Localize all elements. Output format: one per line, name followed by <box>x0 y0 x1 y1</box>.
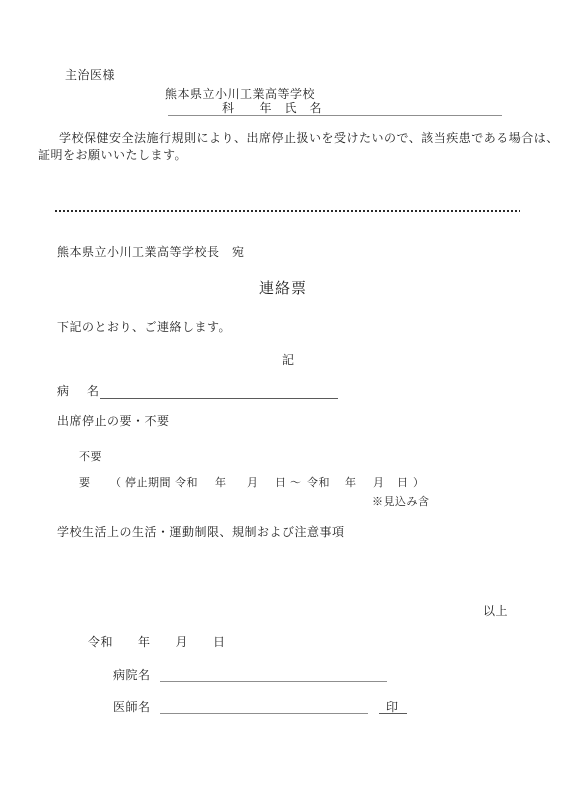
dashed-divider-line <box>55 210 520 212</box>
period-day-to: 日 <box>397 477 409 490</box>
period-year-from: 年 <box>215 477 227 490</box>
addressee: 熊本県立小川工業高等学校長 宛 <box>57 245 245 259</box>
period-month-from: 月 <box>247 477 259 490</box>
period-label: 停止期間 <box>125 477 171 490</box>
hospital-label: 病院名 <box>113 668 151 682</box>
hospital-name-underline <box>160 681 387 682</box>
option-not-required: 不要 <box>79 451 102 464</box>
disease-label-char2: 名 <box>87 384 100 398</box>
record-marker: 記 <box>282 353 295 367</box>
doctor-label: 医師名 <box>113 700 151 714</box>
period-year-to: 年 <box>345 477 357 490</box>
request-body-line1: 学校保健安全法施行規則により、出席停止扱いを受けたいので、該当疾患である場合は、 <box>59 131 559 145</box>
form-title: 連絡票 <box>0 277 566 298</box>
date-line: 令和 年 月 日 <box>88 635 226 649</box>
restrictions-heading: 学校生活上の生活・運動制限、規制および注意事項 <box>57 525 345 539</box>
request-body-line2: 証明をお願いいたします。 <box>38 148 187 162</box>
disease-name-underline <box>100 398 338 399</box>
closing-text: 以上 <box>483 604 508 618</box>
attendance-heading: 出席停止の要・不要 <box>57 414 170 428</box>
disease-label-char1: 病 <box>57 384 70 398</box>
doctor-name-underline <box>160 713 368 714</box>
school-name: 熊本県立小川工業高等学校 <box>165 87 315 101</box>
estimate-note: ※見込み含 <box>372 496 430 509</box>
seal-underline <box>379 713 407 714</box>
document-page: 主治医様 熊本県立小川工業高等学校 科 年 氏 名 学校保健安全法施行規則により… <box>0 0 566 800</box>
period-day-from: 日 <box>275 477 287 490</box>
signer-underline <box>168 115 502 116</box>
period-paren-open: （ <box>110 477 122 490</box>
intro-text: 下記のとおり、ご連絡します。 <box>57 320 231 334</box>
period-era-to: 令和 <box>307 477 330 490</box>
option-required: 要 <box>79 477 91 490</box>
salutation: 主治医様 <box>65 68 115 82</box>
period-paren-close: ） <box>413 477 425 490</box>
period-range-tilde: ～ <box>290 477 302 490</box>
signer-line: 科 年 氏 名 <box>222 101 322 115</box>
period-month-to: 月 <box>373 477 385 490</box>
period-era-from: 令和 <box>175 477 198 490</box>
